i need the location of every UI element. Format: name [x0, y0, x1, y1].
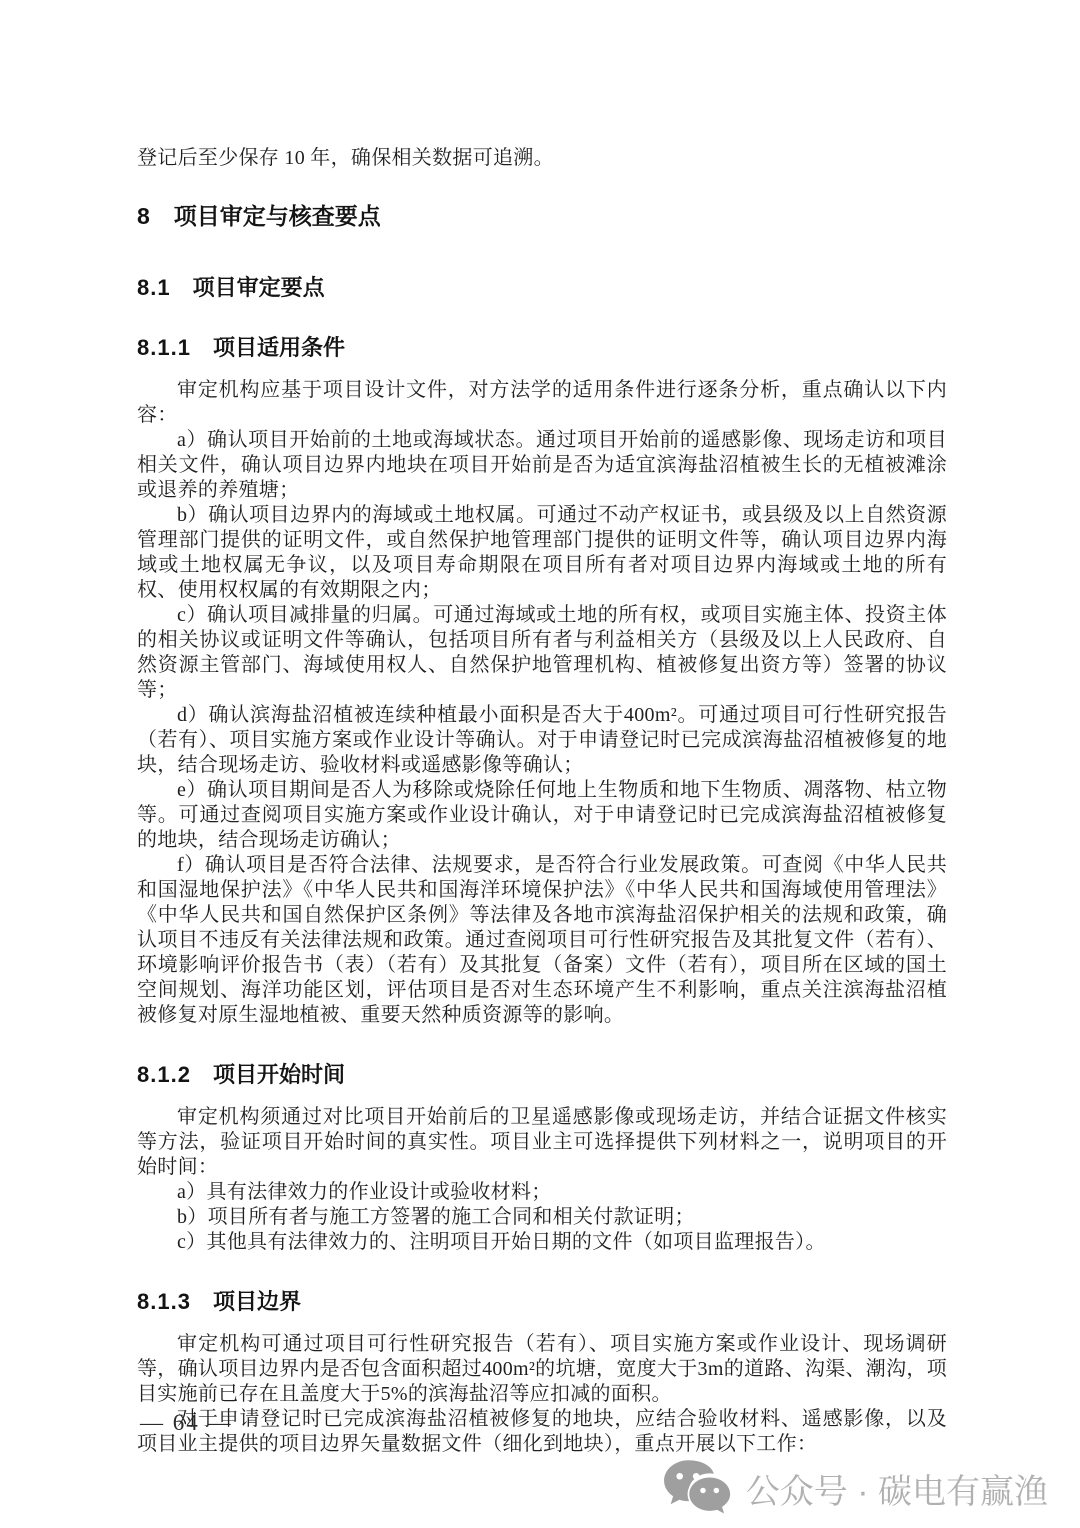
applicability-condition-list: a）确认项目开始前的土地或海域状态。通过项目开始前的遥感影像、现场走访和项目相关… — [137, 428, 947, 1028]
document-content: 登记后至少保存 10 年，确保相关数据可追溯。 8项目审定与核查要点 8.1项目… — [137, 146, 947, 1457]
paragraph-boundary-2: 对于申请登记时已完成滨海盐沼植被修复的地块，应结合验收材料、遥感影像，以及项目业… — [137, 1407, 947, 1457]
heading-title: 项目审定与核查要点 — [174, 203, 381, 229]
heading-number: 8.1 — [137, 275, 171, 300]
heading-section-8-1-1: 8.1.1项目适用条件 — [137, 334, 947, 361]
start-date-material-list: a）具有法律效力的作业设计或验收材料； b）项目所有者与施工方签署的施工合同和相… — [137, 1180, 947, 1255]
heading-section-8-1: 8.1项目审定要点 — [137, 274, 947, 301]
list-item-c: c）确认项目减排量的归属。可通过海域或土地的所有权，或项目实施主体、投资主体的相… — [137, 603, 947, 703]
wechat-icon — [662, 1458, 732, 1518]
list-item-b: b）项目所有者与施工方签署的施工合同和相关付款证明； — [137, 1205, 947, 1230]
heading-number: 8 — [137, 203, 151, 229]
heading-section-8-1-2: 8.1.2项目开始时间 — [137, 1061, 947, 1088]
list-item-a: a）具有法律效力的作业设计或验收材料； — [137, 1180, 947, 1205]
list-item-a: a）确认项目开始前的土地或海域状态。通过项目开始前的遥感影像、现场走访和项目相关… — [137, 428, 947, 503]
paragraph-applicability-lead: 审定机构应基于项目设计文件，对方法学的适用条件进行逐条分析，重点确认以下内容： — [137, 378, 947, 428]
paragraph-start-date-lead: 审定机构须通过对比项目开始前后的卫星遥感影像或现场走访，并结合证据文件核实等方法… — [137, 1105, 947, 1180]
page-number: — 64 — — [140, 1410, 233, 1436]
heading-number: 8.1.3 — [137, 1289, 191, 1314]
list-item-c: c）其他具有法律效力的、注明项目开始日期的文件（如项目监理报告）。 — [137, 1230, 947, 1255]
heading-number: 8.1.2 — [137, 1062, 191, 1087]
heading-number: 8.1.1 — [137, 335, 191, 360]
document-page: 登记后至少保存 10 年，确保相关数据可追溯。 8项目审定与核查要点 8.1项目… — [0, 0, 1080, 1528]
heading-title: 项目适用条件 — [213, 335, 345, 360]
heading-title: 项目边界 — [213, 1289, 301, 1314]
watermark-text: 公众号 · 碳电有赢渔 — [746, 1464, 1048, 1513]
heading-section-8-1-3: 8.1.3项目边界 — [137, 1288, 947, 1315]
watermark: 公众号 · 碳电有赢渔 — [662, 1458, 1048, 1518]
list-item-b: b）确认项目边界内的海域或土地权属。可通过不动产权证书，或县级及以上自然资源管理… — [137, 503, 947, 603]
heading-title: 项目开始时间 — [213, 1062, 345, 1087]
paragraph-record-retention: 登记后至少保存 10 年，确保相关数据可追溯。 — [137, 146, 947, 171]
heading-title: 项目审定要点 — [193, 275, 325, 300]
list-item-d: d）确认滨海盐沼植被连续种植最小面积是否大于400m²。可通过项目可行性研究报告… — [137, 703, 947, 778]
list-item-f: f）确认项目是否符合法律、法规要求，是否符合行业发展政策。可查阅《中华人民共和国… — [137, 853, 947, 1028]
paragraph-boundary-1: 审定机构可通过项目可行性研究报告（若有）、项目实施方案或作业设计、现场调研等，确… — [137, 1332, 947, 1407]
heading-section-8: 8项目审定与核查要点 — [137, 202, 947, 230]
list-item-e: e）确认项目期间是否人为移除或烧除任何地上生物质和地下生物质、凋落物、枯立物等。… — [137, 778, 947, 853]
